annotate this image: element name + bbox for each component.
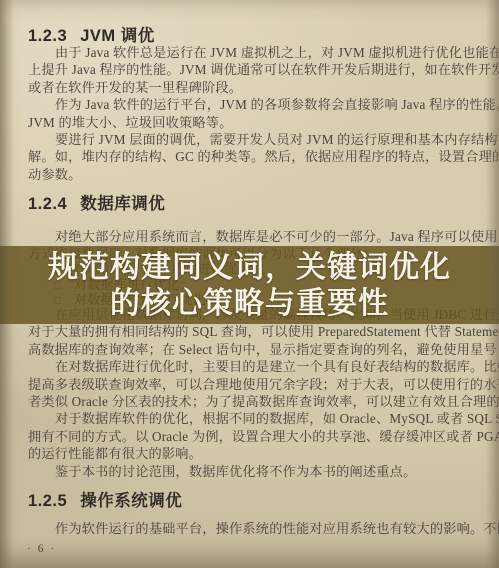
- section-1-2-3-paragraphs: 由于 Java 软件总是运行在 JVM 虚拟机之上，对 JVM 虚拟机进行优化也…: [28, 44, 477, 183]
- banner-title-line-2: 的核心策略与重要性: [110, 286, 389, 321]
- text-line: 或者在软件开发的某一里程碑阶段。: [28, 79, 477, 96]
- text-line: 拥有不同的方式。以 Oracle 为例，设置合理大小的共享池、缓存缓冲区或者 P…: [28, 428, 477, 445]
- section-title: 数据库调优: [80, 190, 165, 214]
- text-line: JVM 的堆大小、垃圾回收策略等。: [28, 114, 477, 131]
- text-line: 提高多表级联查询效率，可以合理地使用冗余字段；对于大表，可以使用行的水平切割或: [28, 376, 477, 393]
- banner-title-line-1: 规范构建同义词，关键词优化: [48, 250, 451, 285]
- section-heading-1-2-5: 1.2.5 操作系统调优: [28, 487, 477, 511]
- section-1-2-4-body: 在应用层优化数据库访问，涉及大量的编程技巧。比如，当使用 JDBC 进行查询时，…: [28, 306, 477, 480]
- text-line: 在对数据库进行优化时，主要目的是建立一个具有良好表结构的数据库。比如，为了: [28, 358, 477, 375]
- text-line: 作为软件运行的基础平台，操作系统的性能对应用系统也有较大的影响。不同类型的: [28, 520, 477, 537]
- text-line: 的运行性能都有很大的影响。: [28, 445, 477, 462]
- promo-overlay-banner: 规范构建同义词，关键词优化 的核心策略与重要性: [0, 246, 499, 324]
- section-number: 1.2.5: [28, 492, 67, 511]
- page-number: · 6 ·: [27, 543, 56, 555]
- text-line: 对绝大部分应用系统而言，数据库是必不可少的一部分。Java 程序可以使用 JDB…: [28, 228, 477, 245]
- text-line: 要进行 JVM 层面的调优，需要开发人员对 JVM 的运行原理和基本内存结构有一…: [28, 131, 477, 148]
- text-line: 高数据库的查询效率；在 Select 语句中，显示指定要查询的列名，避免使用星号…: [28, 341, 477, 358]
- section-heading-1-2-3: 1.2.3 JVM 调优: [28, 22, 477, 46]
- section-title: 操作系统调优: [80, 487, 182, 511]
- section-number: 1.2.4: [28, 195, 67, 214]
- text-line: 对于数据库软件的优化，根据不同的数据库，如 Oracle、MySQL 或者 SQ…: [28, 410, 477, 427]
- text-line: 上提升 Java 程序的性能。JVM 调优通常可以在软件开发后期进行，如在软件开…: [28, 61, 477, 78]
- text-line: 鉴于本书的讨论范围，数据库优化将不作为本书的阐述重点。: [28, 463, 477, 480]
- text-line: 解。如，堆内存的结构、GC 的种类等。然后，依据应用程序的特点，设置合理的 JV…: [28, 148, 477, 165]
- book-page: 1.2.3 JVM 调优 由于 Java 软件总是运行在 JVM 虚拟机之上，对…: [0, 0, 499, 568]
- text-line: 作为 Java 软件的运行平台，JVM 的各项参数将会直接影响 Java 程序的…: [28, 96, 477, 113]
- text-line: 对于大量的拥有相同结构的 SQL 查询，可以使用 PreparedStateme…: [28, 323, 477, 340]
- text-line: 由于 Java 软件总是运行在 JVM 虚拟机之上，对 JVM 虚拟机进行优化也…: [28, 44, 477, 61]
- section-heading-1-2-4: 1.2.4 数据库调优: [28, 190, 477, 214]
- section-title: JVM 调优: [80, 22, 155, 46]
- text-line: 动参数。: [28, 166, 477, 183]
- text-line: 者类似 Oracle 分区表的技术；为了提高数据库查询效率，可以建立有效且合理的…: [28, 393, 477, 410]
- section-1-2-5-paragraphs: 作为软件运行的基础平台，操作系统的性能对应用系统也有较大的影响。不同类型的: [28, 520, 477, 537]
